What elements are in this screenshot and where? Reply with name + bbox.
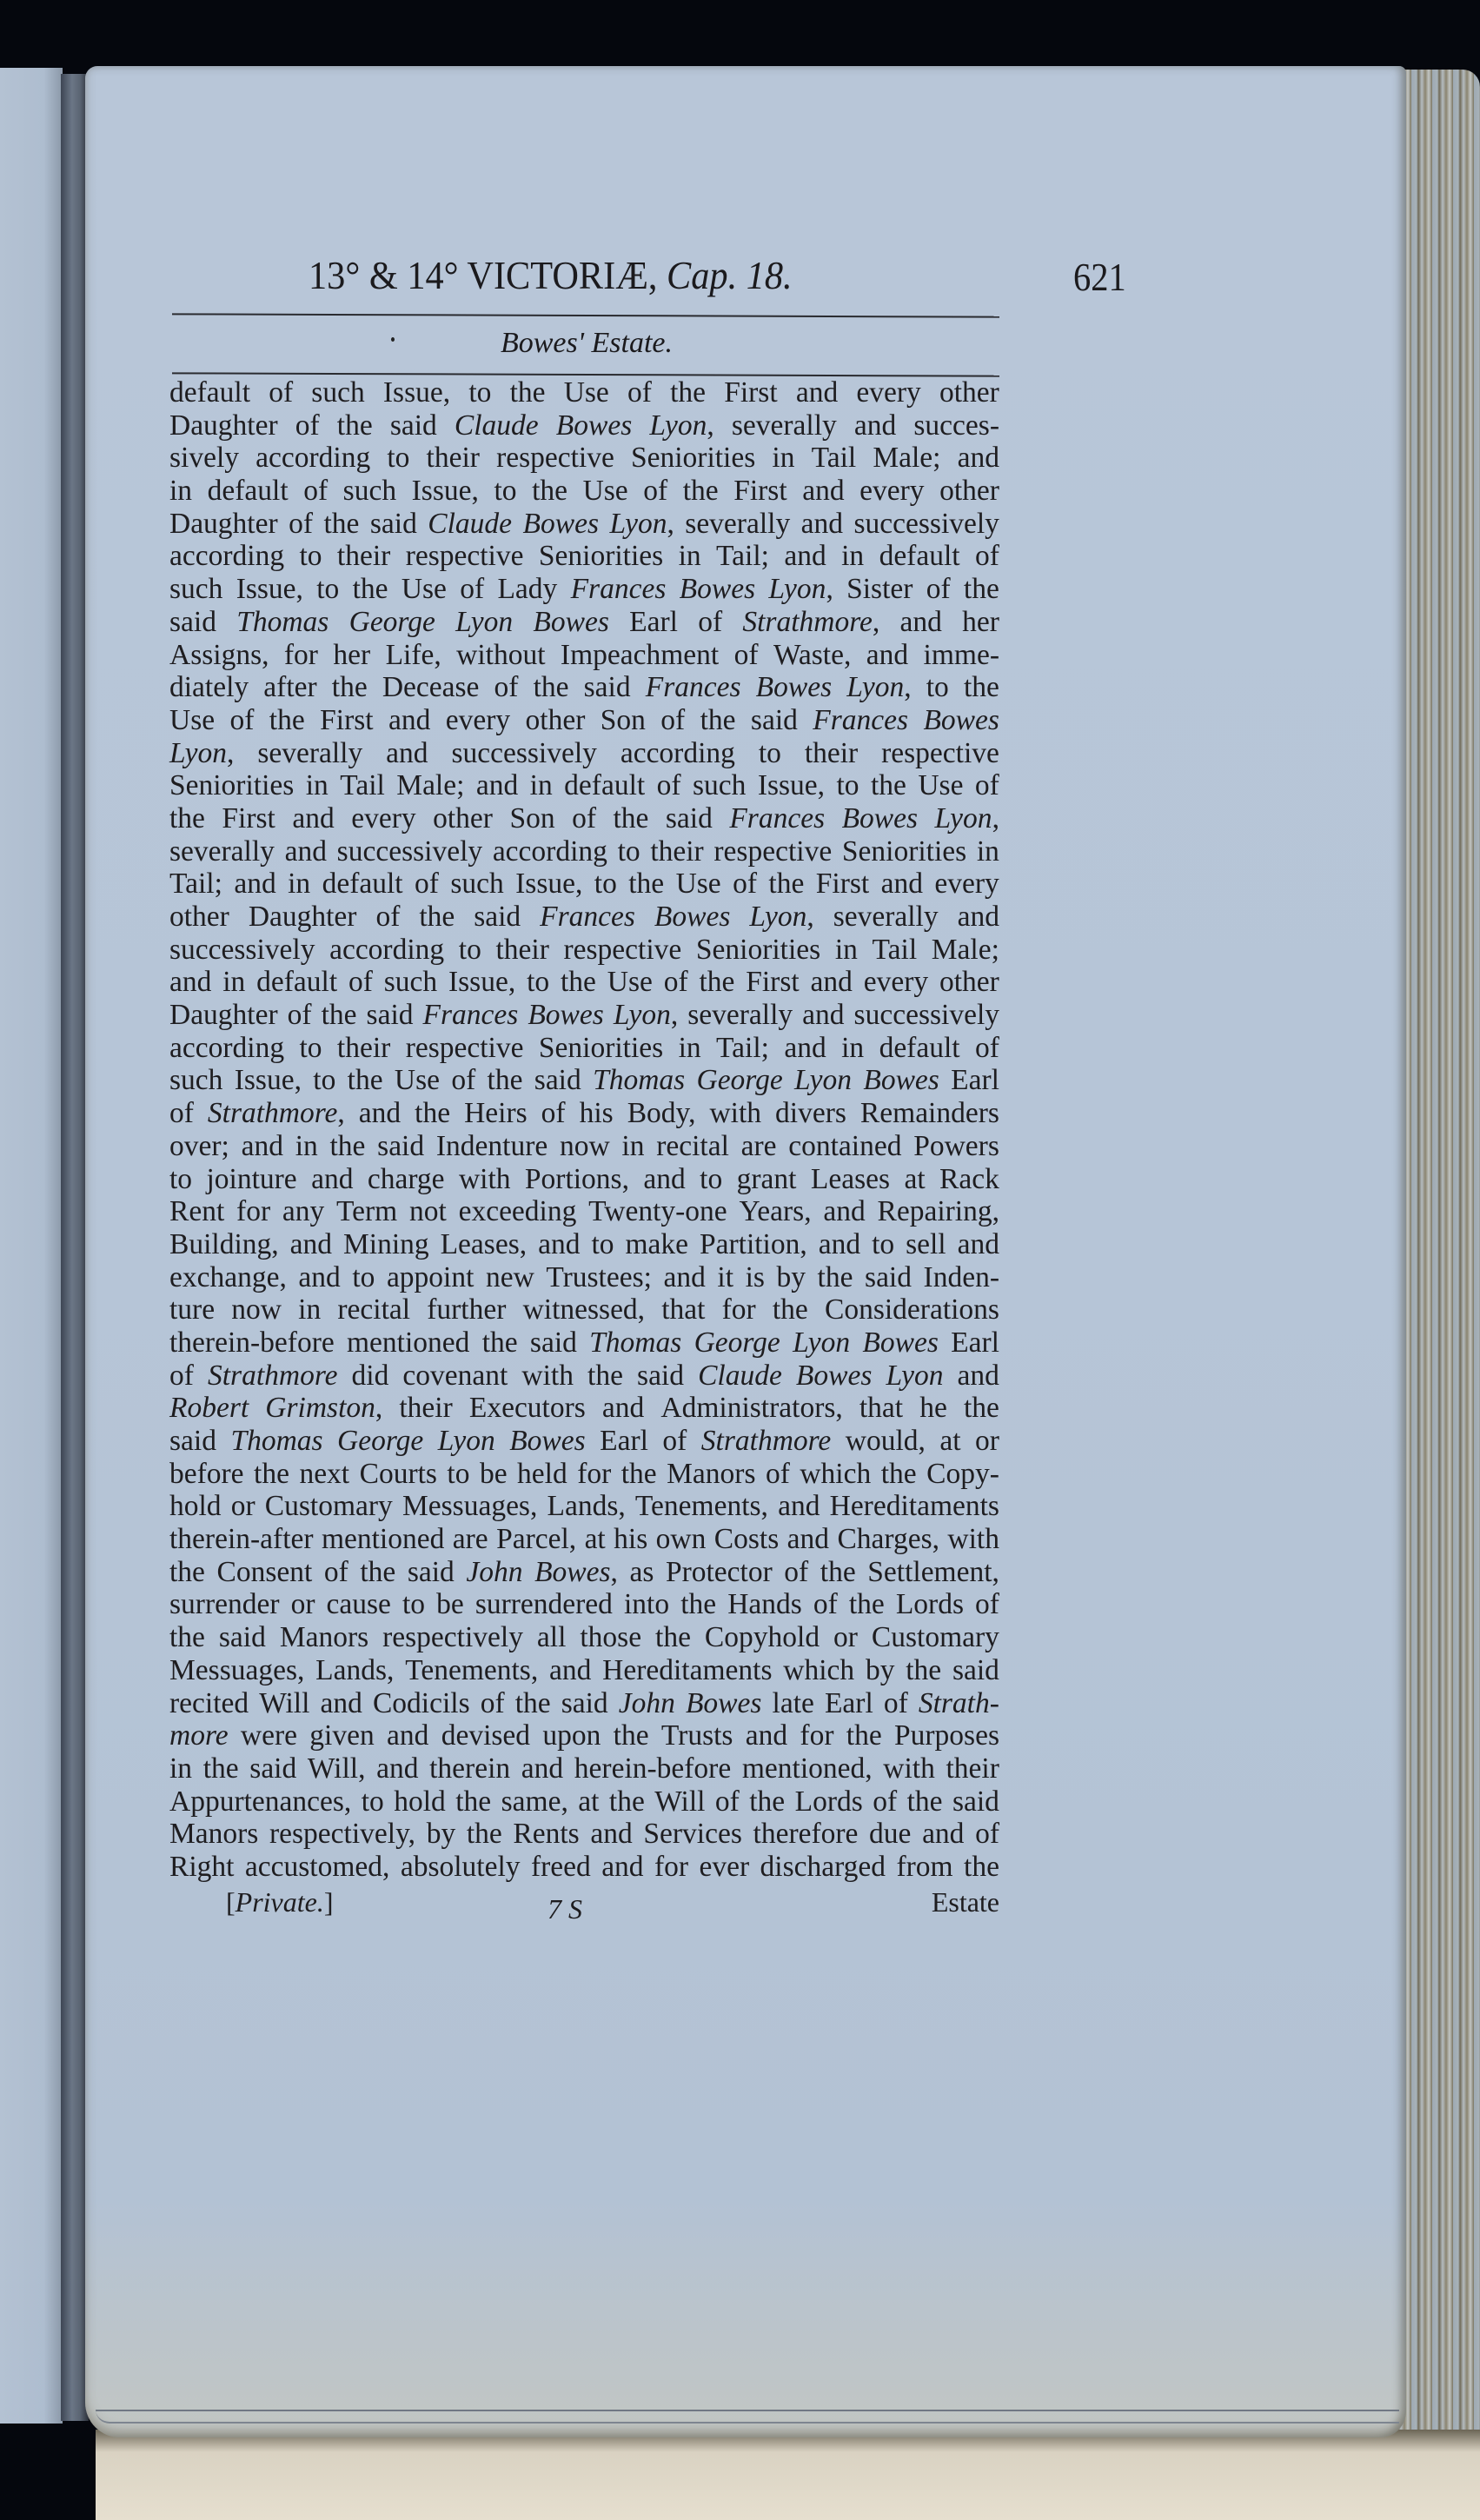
word: the [964, 573, 999, 606]
word: other [169, 901, 229, 934]
word: Thomas [589, 1326, 681, 1360]
word: the [628, 868, 664, 901]
word: in [841, 540, 864, 573]
word: to [836, 769, 859, 802]
word: Lyon [886, 1360, 943, 1393]
word: Repairing, [878, 1195, 999, 1228]
word: every [934, 868, 999, 901]
word: and [784, 1032, 826, 1065]
word: Appurtenances, [169, 1785, 351, 1819]
word: other [433, 802, 493, 835]
word: Administrators, [660, 1392, 842, 1425]
text-line: beforethenextCourtstobeheldfortheManorso… [169, 1458, 999, 1491]
word: cause [327, 1588, 391, 1621]
word: therefore [753, 1818, 859, 1851]
word: of [715, 1785, 740, 1819]
word: Parcel, [496, 1523, 576, 1556]
text-line: ofStrathmore,andtheHeirsofhisBody,withdi… [169, 1097, 999, 1130]
word: Seniorities [539, 540, 663, 573]
word: Lyon [438, 1425, 495, 1458]
word: Tail [340, 769, 385, 802]
word: be [480, 1458, 508, 1491]
word: to [700, 1163, 722, 1196]
word: Trustees; [546, 1261, 652, 1294]
word: ever [699, 1851, 749, 1884]
word: Codicils [373, 1687, 470, 1720]
word: and [643, 1163, 685, 1196]
word: Issue, [236, 573, 303, 606]
word: Leases, [441, 1228, 528, 1261]
word: the [337, 409, 373, 442]
word: is [746, 1261, 765, 1294]
text-line: ofStrathmoredidcovenantwiththesaidClaude… [169, 1360, 999, 1393]
word: his [614, 1523, 647, 1556]
word: according [493, 835, 607, 868]
word: according [256, 442, 370, 475]
word: Impeachment [561, 639, 719, 672]
word: in [679, 1032, 701, 1065]
word: the [609, 1785, 645, 1819]
word: of [975, 769, 999, 802]
word: said [219, 1621, 266, 1654]
word: would, [846, 1425, 926, 1458]
word: and [285, 835, 327, 868]
word: Use [676, 868, 721, 901]
word: Use [583, 475, 628, 508]
word: the [203, 1752, 239, 1785]
word: and [549, 1654, 591, 1687]
word: Bowes [796, 1360, 872, 1393]
word: appoint [387, 1261, 474, 1294]
word: in [835, 934, 858, 967]
word: in [306, 769, 329, 802]
word: Issue, [758, 769, 825, 802]
word: hold [169, 1490, 222, 1523]
word: Tail; [169, 868, 222, 901]
text-line: DaughterofthesaidClaudeBowesLyon,several… [169, 508, 999, 541]
word: Lords [896, 1588, 964, 1621]
word: and [854, 409, 896, 442]
word: severally [169, 835, 275, 868]
word: Use [607, 966, 653, 999]
word: contained [788, 1130, 901, 1163]
word: the [269, 704, 305, 737]
word: of [324, 1556, 348, 1589]
word: succes- [913, 409, 999, 442]
word: and [590, 1818, 632, 1851]
word: the [329, 1130, 365, 1163]
word: Term [336, 1195, 397, 1228]
word: Earl [600, 1425, 648, 1458]
word: as [629, 1556, 654, 1589]
word: Consent [217, 1556, 313, 1589]
word: Lyon, [768, 573, 833, 606]
text-line: inthesaidWill,andthereinandherein-before… [169, 1752, 999, 1785]
word: are [741, 1130, 777, 1163]
word: of [657, 769, 681, 802]
word: Thomas [236, 606, 329, 639]
word: successively [169, 934, 315, 967]
text-line: Manorsrespectively,bytheRentsandServices… [169, 1818, 999, 1851]
word: every [446, 704, 510, 737]
text-line: theConsentofthesaidJohnBowes,asProtector… [169, 1556, 999, 1589]
word: by [866, 1654, 895, 1687]
word: surrender [169, 1588, 280, 1621]
word: Tenements, [405, 1654, 538, 1687]
word: Lyon [455, 606, 513, 639]
word: therein [429, 1752, 510, 1785]
word: Lyon [794, 1064, 852, 1097]
word: of [643, 475, 667, 508]
word: Leases [811, 1163, 890, 1196]
word: the [614, 1719, 649, 1752]
word: severally [732, 409, 837, 442]
word: those [580, 1621, 641, 1654]
bracket-close: ] [324, 1886, 334, 1918]
word: Decease [382, 671, 480, 704]
text-line: accordingtotheirrespectiveSenioritiesinT… [169, 1032, 999, 1065]
word: surrendered [475, 1588, 613, 1621]
text-line: Building,andMiningLeases,andtomakePartit… [169, 1228, 999, 1261]
word: Manors [280, 1621, 368, 1654]
word: to [494, 475, 516, 508]
word: said [169, 1425, 216, 1458]
word: severally [687, 999, 793, 1032]
word: of [269, 376, 293, 409]
word: Purposes [894, 1719, 999, 1752]
text-line: suchIssue,totheUseofLadyFrancesBowesLyon… [169, 573, 999, 606]
word: Bowes [533, 606, 608, 639]
word: and [802, 999, 844, 1032]
word: Thomas [593, 1064, 685, 1097]
word: Powers [913, 1130, 999, 1163]
word: George [337, 1425, 423, 1458]
word: the [488, 1064, 523, 1097]
word: Tenements, [635, 1490, 768, 1523]
word: for [284, 639, 318, 672]
word: respective [406, 1032, 524, 1065]
word: Daughter [249, 901, 357, 934]
word: or [291, 1588, 315, 1621]
word: freed [531, 1851, 591, 1884]
word: be [436, 1588, 464, 1621]
word: First [222, 802, 275, 835]
word: of [460, 573, 484, 606]
word: said [408, 1556, 455, 1589]
word: charge [368, 1163, 445, 1196]
word: Claude [455, 409, 539, 442]
text-line: therein-beforementionedthesaidThomasGeor… [169, 1326, 999, 1360]
word: their [427, 442, 480, 475]
text-line: recitedWillandCodicilsofthesaidJohnBowes… [169, 1687, 999, 1720]
word: with [947, 1523, 999, 1556]
word: every [859, 475, 924, 508]
text-line: turenowinrecitalfurtherwitnessed,thatfor… [169, 1293, 999, 1326]
word: First [746, 966, 799, 999]
word: Years, [739, 1195, 811, 1228]
word: Protector [666, 1556, 773, 1589]
word: Bowes [509, 1425, 585, 1458]
word: Earl [951, 1064, 999, 1097]
word: according [169, 540, 284, 573]
text-line: DaughterofthesaidFrancesBowesLyon,severa… [169, 999, 999, 1032]
text-line: Rightaccustomed,absolutelyfreedandforeve… [169, 1851, 999, 1884]
word: said [169, 606, 216, 639]
word: Partition, [700, 1228, 807, 1261]
word: Bowes [756, 671, 832, 704]
word: in [295, 1130, 318, 1163]
word: and [746, 1719, 787, 1752]
word: Bowes [862, 1326, 938, 1360]
word: of [415, 868, 439, 901]
word: Body, [627, 1097, 696, 1130]
word: of [295, 409, 320, 442]
word: and [784, 540, 826, 573]
word: it [717, 1261, 733, 1294]
word: the [613, 802, 648, 835]
word: of [733, 868, 757, 901]
text-line: thesaidManorsrespectivelyallthosetheCopy… [169, 1621, 999, 1654]
page-footer: [Private.] 7 S Estate [169, 1886, 999, 1921]
word: Strathmore [208, 1360, 338, 1393]
word: Remainders [860, 1097, 999, 1130]
word: severally [833, 901, 939, 934]
text-line: theFirstandeveryotherSonofthesaidFrances… [169, 802, 999, 835]
word: Frances [729, 802, 825, 835]
word: of [572, 802, 596, 835]
word: default [564, 769, 645, 802]
section-title: Bowes' Estate. [0, 327, 1173, 360]
chapter-number: Cap. 18. [667, 253, 793, 297]
word: and [290, 1228, 332, 1261]
word: in [530, 769, 553, 802]
word: and [787, 1523, 829, 1556]
word: Bowes [680, 573, 755, 606]
word: Issue, [235, 1064, 302, 1097]
word: upon [542, 1719, 601, 1752]
word: Hereditaments [830, 1490, 999, 1523]
word: Claude [428, 508, 512, 541]
word: of [541, 1097, 566, 1130]
running-header: 13° & 14° VICTORIÆ, Cap. 18. 621 [174, 252, 1130, 304]
word: Tail [812, 442, 857, 475]
word: Bowes [556, 409, 632, 442]
word: Use [395, 1064, 440, 1097]
word: successively [451, 737, 596, 770]
word: of [784, 1556, 808, 1589]
word: in [841, 1032, 864, 1065]
word: Bowes [686, 1687, 761, 1720]
word: and [292, 802, 334, 835]
word: Claude [698, 1360, 782, 1393]
word: in [169, 475, 192, 508]
word: Use [918, 769, 963, 802]
word: and [958, 901, 999, 934]
word: Strathmore, [208, 1097, 345, 1130]
word: Lyon, [935, 802, 999, 835]
word: Use [402, 573, 447, 606]
word: for [722, 1293, 756, 1326]
word: recited [169, 1687, 249, 1720]
word: their [650, 835, 703, 868]
word: and [234, 868, 275, 901]
word: by [777, 1261, 806, 1294]
word: the [680, 1588, 716, 1621]
word: with [883, 1752, 935, 1785]
word: Earl [825, 1687, 873, 1720]
word: said [367, 999, 414, 1032]
word: and [819, 1228, 860, 1261]
word: George [694, 1326, 780, 1360]
word: and [387, 1719, 428, 1752]
word: said [666, 802, 713, 835]
word: Seniorities [696, 934, 820, 967]
word: and [881, 868, 923, 901]
word: said [751, 704, 798, 737]
word: of [813, 1588, 838, 1621]
word: divers [775, 1097, 846, 1130]
word: the [670, 376, 706, 409]
word: Courts [360, 1458, 437, 1491]
word: any [282, 1195, 324, 1228]
word: their [399, 1392, 452, 1425]
word: John [619, 1687, 675, 1720]
word: default [169, 376, 250, 409]
word: of [873, 1785, 897, 1819]
private-marker: [Private.] [226, 1886, 334, 1918]
word: Will, [308, 1752, 366, 1785]
word: make [625, 1228, 688, 1261]
word: Rents [513, 1818, 579, 1851]
word: the [906, 1654, 941, 1687]
word: Male; [396, 769, 464, 802]
word: to [387, 442, 409, 475]
word: and [922, 1818, 964, 1851]
catchword: Estate [932, 1886, 999, 1918]
word: such [384, 966, 437, 999]
word: the [323, 508, 359, 541]
word: for [800, 1719, 833, 1752]
word: for [654, 1851, 688, 1884]
word: in [169, 1752, 192, 1785]
word: Settlement, [867, 1556, 999, 1589]
word: the [561, 966, 596, 999]
word: to [872, 1228, 894, 1261]
text-line: Assigns,forherLife,withoutImpeachmentofW… [169, 639, 999, 672]
word: did [352, 1360, 389, 1393]
word: John [466, 1556, 522, 1589]
word: Considerations [825, 1293, 999, 1326]
word: in [288, 868, 310, 901]
word: Copyhold [705, 1621, 820, 1654]
word: and [321, 1687, 362, 1720]
text-line: Appurtenances,toholdthesame,attheWilloft… [169, 1785, 999, 1819]
body-text: defaultofsuchIssue,totheUseoftheFirstand… [169, 376, 999, 1884]
word: therein-after [169, 1523, 314, 1556]
word: own [656, 1523, 707, 1556]
word: which [783, 1654, 854, 1687]
word: and [866, 639, 908, 672]
word: respective [881, 737, 999, 770]
word: of [926, 573, 951, 606]
word: default [879, 540, 960, 573]
word: the [467, 1818, 502, 1851]
word: according [169, 1032, 284, 1065]
word: from [896, 1851, 952, 1884]
word: of [698, 606, 722, 639]
word: to [169, 1163, 192, 1196]
word: and [796, 376, 838, 409]
word: the [964, 671, 999, 704]
word: Seniorities [842, 835, 966, 868]
word: Robert [169, 1392, 249, 1425]
word: Daughter [169, 999, 278, 1032]
text-line: UseoftheFirstandeveryotherSonofthesaidFr… [169, 704, 999, 737]
text-line: exchange,andtoappointnewTrustees;anditis… [169, 1261, 999, 1294]
word: to [926, 671, 949, 704]
word: and [359, 1097, 401, 1130]
word: Bowes [842, 802, 918, 835]
word: Sister [846, 573, 913, 606]
word: sively [169, 442, 239, 475]
word: Frances [813, 704, 908, 737]
word: to [447, 1458, 469, 1491]
word: now [560, 1130, 610, 1163]
word: Building, [169, 1228, 279, 1261]
word: and [778, 1490, 820, 1523]
word: Indenture [436, 1130, 548, 1163]
word: Earl [629, 606, 678, 639]
word: due [869, 1818, 911, 1851]
word: more [169, 1719, 229, 1752]
word: to [468, 376, 491, 409]
word: and [664, 1261, 706, 1294]
word: other [939, 475, 999, 508]
text-line: Tail;andindefaultofsuchIssue,totheUseoft… [169, 868, 999, 901]
word: mentioned, [742, 1752, 873, 1785]
word: Earl [951, 1326, 999, 1360]
word: before [169, 1458, 244, 1491]
word: Strathmore, [742, 606, 879, 639]
word: and [811, 966, 853, 999]
word: the [749, 1785, 785, 1819]
word: Strathmore [701, 1425, 832, 1458]
word: imme- [924, 639, 999, 672]
word: every [856, 376, 920, 409]
word: of [169, 1360, 194, 1393]
word: Customary [872, 1621, 999, 1654]
word: such [343, 475, 396, 508]
word: and [601, 1851, 643, 1884]
word: sell [906, 1228, 946, 1261]
word: such [450, 868, 503, 901]
word: First [320, 704, 373, 737]
word: to [618, 835, 640, 868]
header-title: 13° & 14° VICTORIÆ, Cap. 18. [309, 252, 793, 298]
word: respective [713, 835, 832, 868]
text-line: saidThomasGeorgeLyonBowesEarlofStrathmor… [169, 1425, 999, 1458]
word: same, [501, 1785, 568, 1819]
word: and [802, 475, 844, 508]
word: to [313, 1064, 335, 1097]
word: her [333, 639, 370, 672]
text-line: suchIssue,totheUseofthesaidThomasGeorgeL… [169, 1064, 999, 1097]
text-line: otherDaughterofthesaidFrancesBowesLyon,s… [169, 901, 999, 934]
word: to [759, 737, 781, 770]
text-line: defaultofsuchIssue,totheUseoftheFirstand… [169, 376, 999, 409]
word: of [288, 999, 312, 1032]
word: the [846, 1719, 882, 1752]
